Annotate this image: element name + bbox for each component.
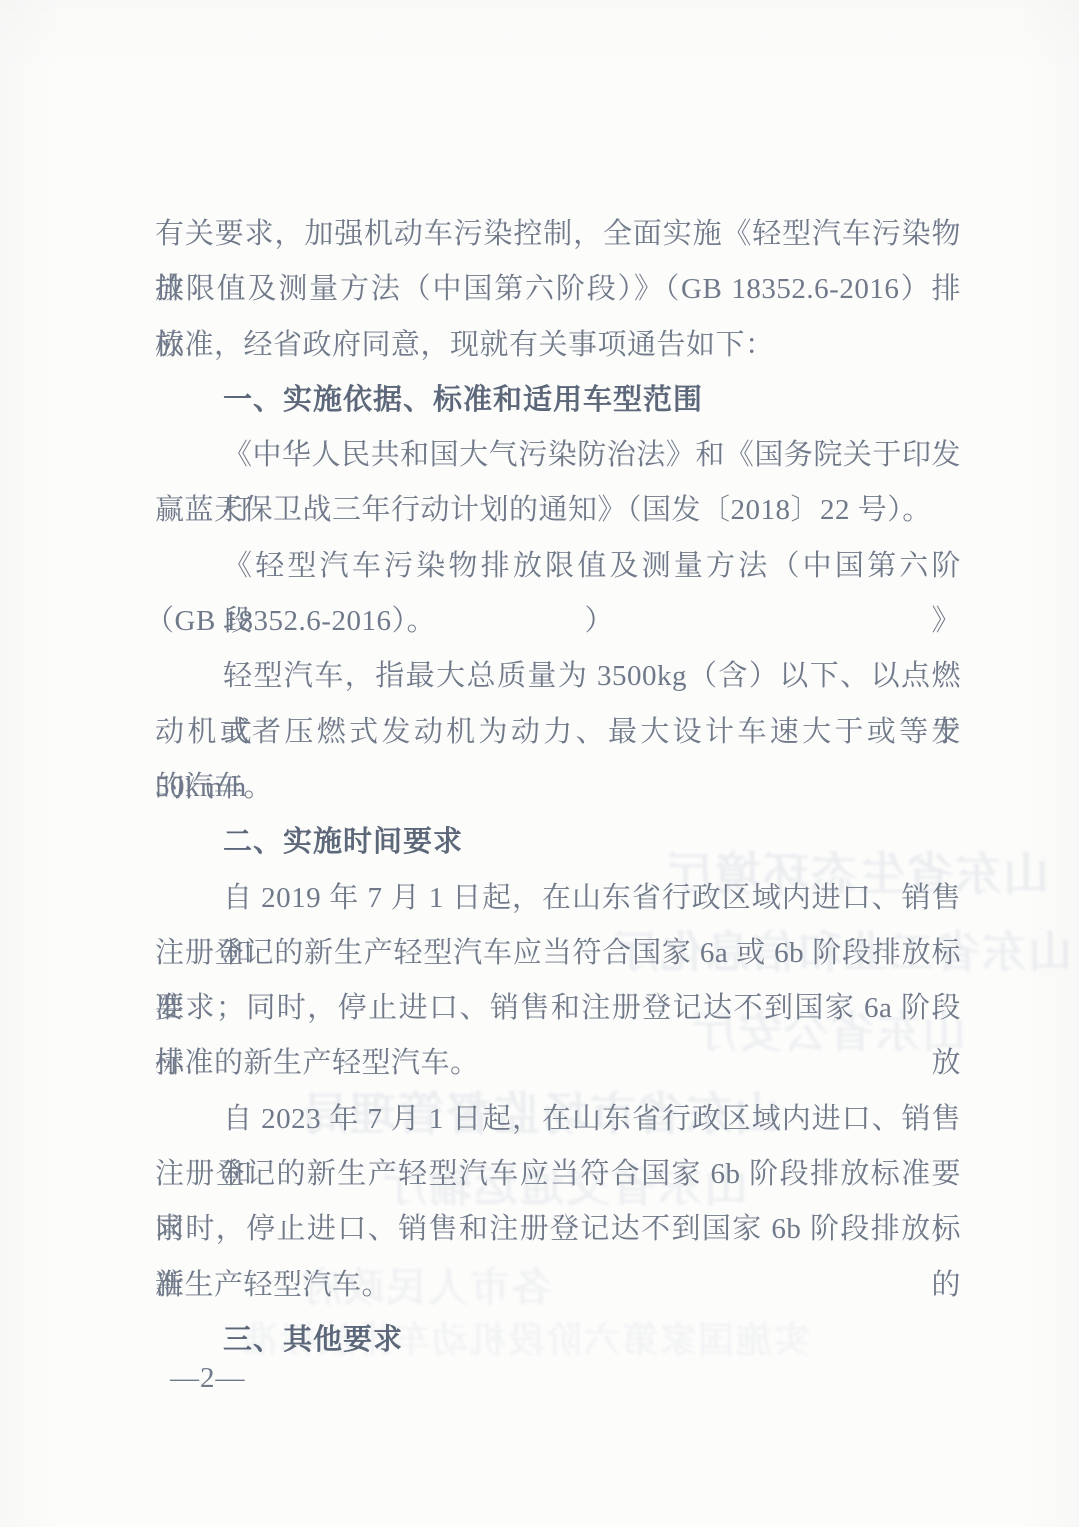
text-line: 赢蓝天保卫战三年行动计划的通知》（国发〔2018〕22 号）。: [155, 483, 961, 538]
text-line: 有关要求，加强机动车污染控制，全面实施《轻型汽车污染物排: [155, 207, 961, 262]
text-line: 注册登记的新生产轻型汽车应当符合国家 6b 阶段排放标准要求；: [155, 1147, 961, 1202]
text-line: 《轻型汽车污染物排放限值及测量方法（中国第六阶段）》: [155, 539, 961, 594]
section-heading: 二、实施时间要求: [155, 815, 961, 870]
document-page: 山东省生态环境厅山东省工业和信息化厅山东省公安厅山东省市场监督管理局山东省交通运…: [0, 0, 1079, 1527]
text-line: 放限值及测量方法（中国第六阶段）》（GB 18352.6-2016）排放: [155, 262, 961, 317]
text-line: 要求；同时，停止进口、销售和注册登记达不到国家 6a 阶段排放: [155, 981, 961, 1036]
text-line: 注册登记的新生产轻型汽车应当符合国家 6a 或 6b 阶段排放标准: [155, 926, 961, 981]
text-line: 同时，停止进口、销售和注册登记达不到国家 6b 阶段排放标准的: [155, 1202, 961, 1257]
page-number: —2—: [170, 1358, 246, 1398]
text-line: 标准，经省政府同意，现就有关事项通告如下：: [155, 318, 961, 373]
text-line: 轻型汽车，指最大总质量为 3500kg（含）以下、以点燃式发: [155, 649, 961, 704]
text-line: 《中华人民共和国大气污染防治法》和《国务院关于印发打: [155, 428, 961, 483]
section-heading: 一、实施依据、标准和适用车型范围: [155, 373, 961, 428]
text-line: 自 2023 年 7 月 1 日起，在山东省行政区域内进口、销售和: [155, 1092, 961, 1147]
text-line: 动机或者压燃式发动机为动力、最大设计车速大于或等于 50km/h: [155, 705, 961, 760]
section-heading: 三、其他要求: [155, 1313, 961, 1368]
text-line: 自 2019 年 7 月 1 日起，在山东省行政区域内进口、销售和: [155, 871, 961, 926]
text-line: 的汽车。: [155, 760, 961, 815]
document-body: 有关要求，加强机动车污染控制，全面实施《轻型汽车污染物排放限值及测量方法（中国第…: [155, 207, 961, 1368]
